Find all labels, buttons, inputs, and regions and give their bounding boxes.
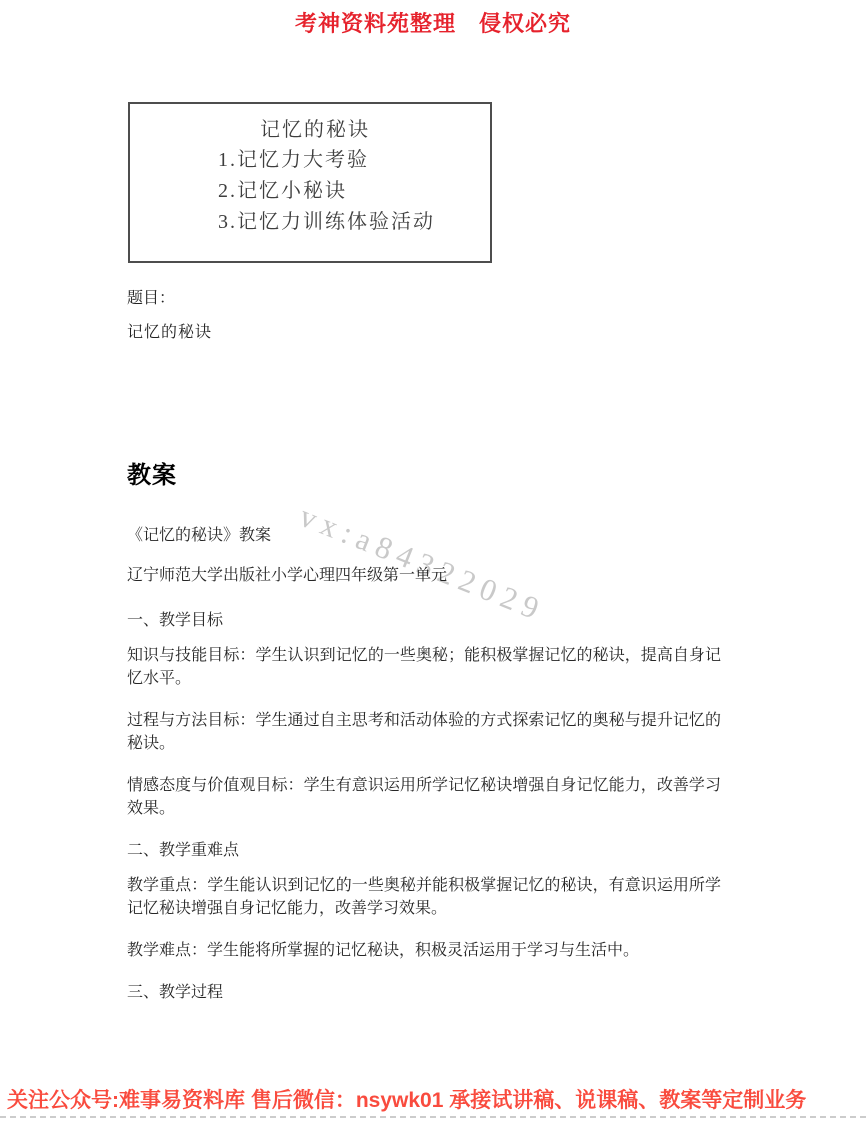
slide-outline-item: 1.记忆力大考验: [218, 145, 490, 176]
paragraph-process-objective: 过程与方法目标：学生通过自主思考和活动体验的方式探索记忆的奥秘与提升记忆的秘诀。: [127, 709, 721, 755]
document-page: 考神资料苑整理 侵权必究 记忆的秘诀 1.记忆力大考验 2.记忆小秘诀 3.记忆…: [0, 0, 866, 1122]
slide-title: 记忆的秘诀: [260, 115, 490, 145]
textbook-source: 辽宁师范大学出版社小学心理四年级第一单元: [127, 564, 721, 587]
paragraph-knowledge-objective: 知识与技能目标：学生认识到记忆的一些奥秘；能积极掌握记忆的秘诀，提高自身记忆水平…: [127, 644, 721, 690]
top-watermark-banner: 考神资料苑整理 侵权必究: [0, 10, 866, 38]
lesson-plan-subtitle: 《记忆的秘诀》教案: [127, 524, 721, 547]
paragraph-affect-objective: 情感态度与价值观目标：学生有意识运用所学记忆秘诀增强自身记忆能力，改善学习效果。: [127, 774, 721, 820]
topic-value: 记忆的秘诀: [127, 321, 212, 344]
lesson-plan-title: 教案: [127, 462, 721, 490]
bottom-divider: [0, 1116, 866, 1118]
paragraph-teaching-focus: 教学重点：学生能认识到记忆的一些奥秘并能积极掌握记忆的秘诀，有意识运用所学记忆秘…: [127, 874, 721, 920]
slide-outline-list: 1.记忆力大考验 2.记忆小秘诀 3.记忆力训练体验活动: [218, 145, 490, 238]
lesson-plan-body: 教案 《记忆的秘诀》教案 辽宁师范大学出版社小学心理四年级第一单元 一、教学目标…: [127, 462, 721, 1016]
slide-outline-item: 2.记忆小秘诀: [218, 176, 490, 207]
section-heading-objectives: 一、教学目标: [127, 609, 721, 632]
bottom-watermark-banner: 关注公众号:难事易资料库 售后微信：nsywk01 承接试讲稿、说课稿、教案等定…: [7, 1087, 864, 1114]
slide-outline-box: 记忆的秘诀 1.记忆力大考验 2.记忆小秘诀 3.记忆力训练体验活动: [128, 102, 492, 263]
topic-label: 题目：: [127, 287, 175, 310]
slide-outline-item: 3.记忆力训练体验活动: [218, 207, 490, 238]
section-heading-key-points: 二、教学重难点: [127, 839, 721, 862]
paragraph-teaching-difficulty: 教学难点：学生能将所掌握的记忆秘诀，积极灵活运用于学习与生活中。: [127, 939, 721, 962]
section-heading-process: 三、教学过程: [127, 981, 721, 1004]
